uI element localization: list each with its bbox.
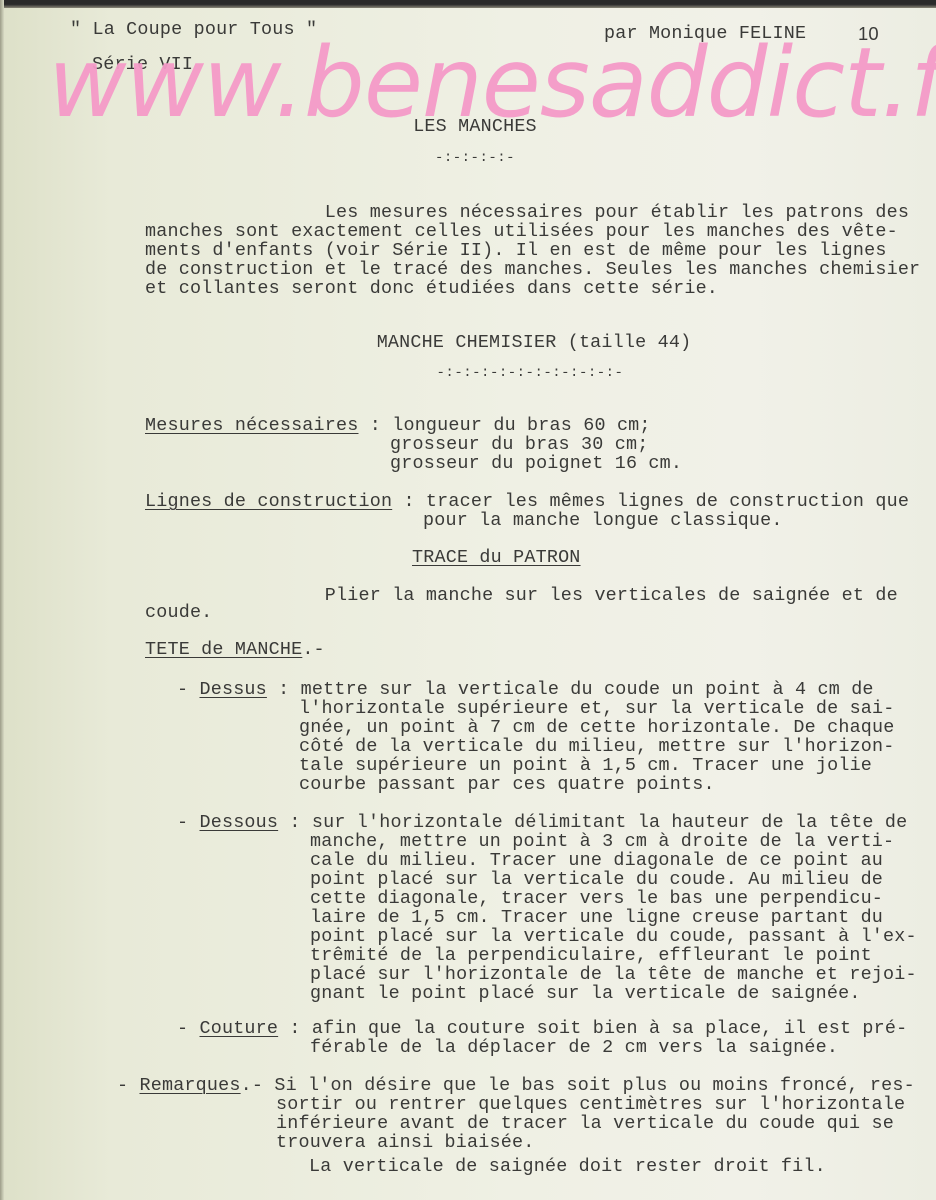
trace-title: TRACE du PATRON: [412, 548, 581, 567]
intro-line: et collantes seront donc étudiées dans c…: [145, 279, 718, 298]
dessus-text: l'horizontale supérieure et, sur la vert…: [299, 699, 895, 718]
dessous-text: gnant le point placé sur la verticale de…: [310, 984, 861, 1003]
separator: :: [392, 491, 426, 512]
subsection-title: MANCHE CHEMISIER (taille 44): [0, 333, 936, 352]
separator: :: [278, 812, 312, 833]
watermark: www.benesaddict.fr: [48, 28, 908, 138]
dessous-text: point placé sur la verticale du coude. A…: [310, 870, 883, 889]
dessus-text: mettre sur la verticale du coude un poin…: [301, 679, 874, 700]
document-page: " La Coupe pour Tous " par Monique FELIN…: [0, 0, 936, 1200]
remarques-label: Remarques: [139, 1075, 240, 1096]
mesure-item: longueur du bras 60 cm;: [392, 415, 650, 436]
lignes-text: pour la manche longue classique.: [423, 511, 783, 530]
lignes-text: tracer les mêmes lignes de construction …: [426, 491, 909, 512]
dessous-text: trêmité de la perpendiculaire, effleuran…: [310, 946, 872, 965]
mesure-item: grosseur du poignet 16 cm.: [390, 454, 682, 473]
plier-line: coude.: [145, 603, 212, 622]
intro-line: de construction et le tracé des manches.…: [145, 260, 920, 279]
dessous-text: laire de 1,5 cm. Tracer une ligne creuse…: [310, 908, 883, 927]
section-divider: -:-:-:-:-: [0, 149, 936, 168]
lignes-label: Lignes de construction: [145, 491, 392, 512]
separator: .-: [241, 1075, 275, 1096]
separator: :: [278, 1018, 312, 1039]
tete-title: TETE de MANCHE: [145, 639, 302, 660]
dessous-text: cale du milieu. Tracer une diagonale de …: [310, 851, 883, 870]
remarques-text: inférieure avant de tracer la verticale …: [276, 1114, 894, 1133]
remarques-text: trouvera ainsi biaisée.: [276, 1133, 534, 1152]
dessus-text: tale supérieure un point à 1,5 cm. Trace…: [299, 756, 872, 775]
dash: -: [117, 1075, 139, 1096]
dessous-label: Dessous: [199, 812, 278, 833]
dessous-text: manche, mettre un point à 3 cm à droite …: [310, 832, 894, 851]
separator: :: [359, 415, 393, 436]
tete-suffix: .-: [302, 639, 324, 660]
mesures-label: Mesures nécessaires: [145, 415, 359, 436]
dessus-text: côté de la verticale du milieu, mettre s…: [299, 737, 895, 756]
subsection-divider: -:-:-:-:-:-:-:-:-:-:-: [0, 364, 936, 383]
couture-label: Couture: [199, 1018, 278, 1039]
mesure-item: grosseur du bras 30 cm;: [390, 435, 648, 454]
intro-line: ments d'enfants (voir Série II). Il en e…: [145, 241, 887, 260]
dessous-text: sur l'horizontale délimitant la hauteur …: [312, 812, 908, 833]
remarques-text: Si l'on désire que le bas soit plus ou m…: [274, 1075, 914, 1096]
separator: :: [267, 679, 301, 700]
couture-text: afin que la couture soit bien à sa place…: [312, 1018, 908, 1039]
dessous-text: placé sur l'horizontale de la tête de ma…: [310, 965, 917, 984]
dash: -: [177, 812, 199, 833]
dessous-text: point placé sur la verticale du coude, p…: [310, 927, 917, 946]
dash: -: [177, 679, 199, 700]
couture-text: férable de la déplacer de 2 cm vers la s…: [310, 1038, 838, 1057]
remarques-closing: La verticale de saignée doit rester droi…: [309, 1157, 826, 1176]
dash: -: [177, 1018, 199, 1039]
dessous-text: cette diagonale, tracer vers le bas une …: [310, 889, 883, 908]
dessus-label: Dessus: [199, 679, 266, 700]
intro-line: manches sont exactement celles utilisées…: [145, 222, 898, 241]
intro-line: Les mesures nécessaires pour établir les…: [145, 203, 909, 222]
dessus-text: courbe passant par ces quatre points.: [299, 775, 715, 794]
dessus-text: gnée, un point à 7 cm de cette horizonta…: [299, 718, 895, 737]
remarques-text: sortir ou rentrer quelques centimètres s…: [276, 1095, 905, 1114]
plier-line: Plier la manche sur les verticales de sa…: [145, 586, 898, 605]
